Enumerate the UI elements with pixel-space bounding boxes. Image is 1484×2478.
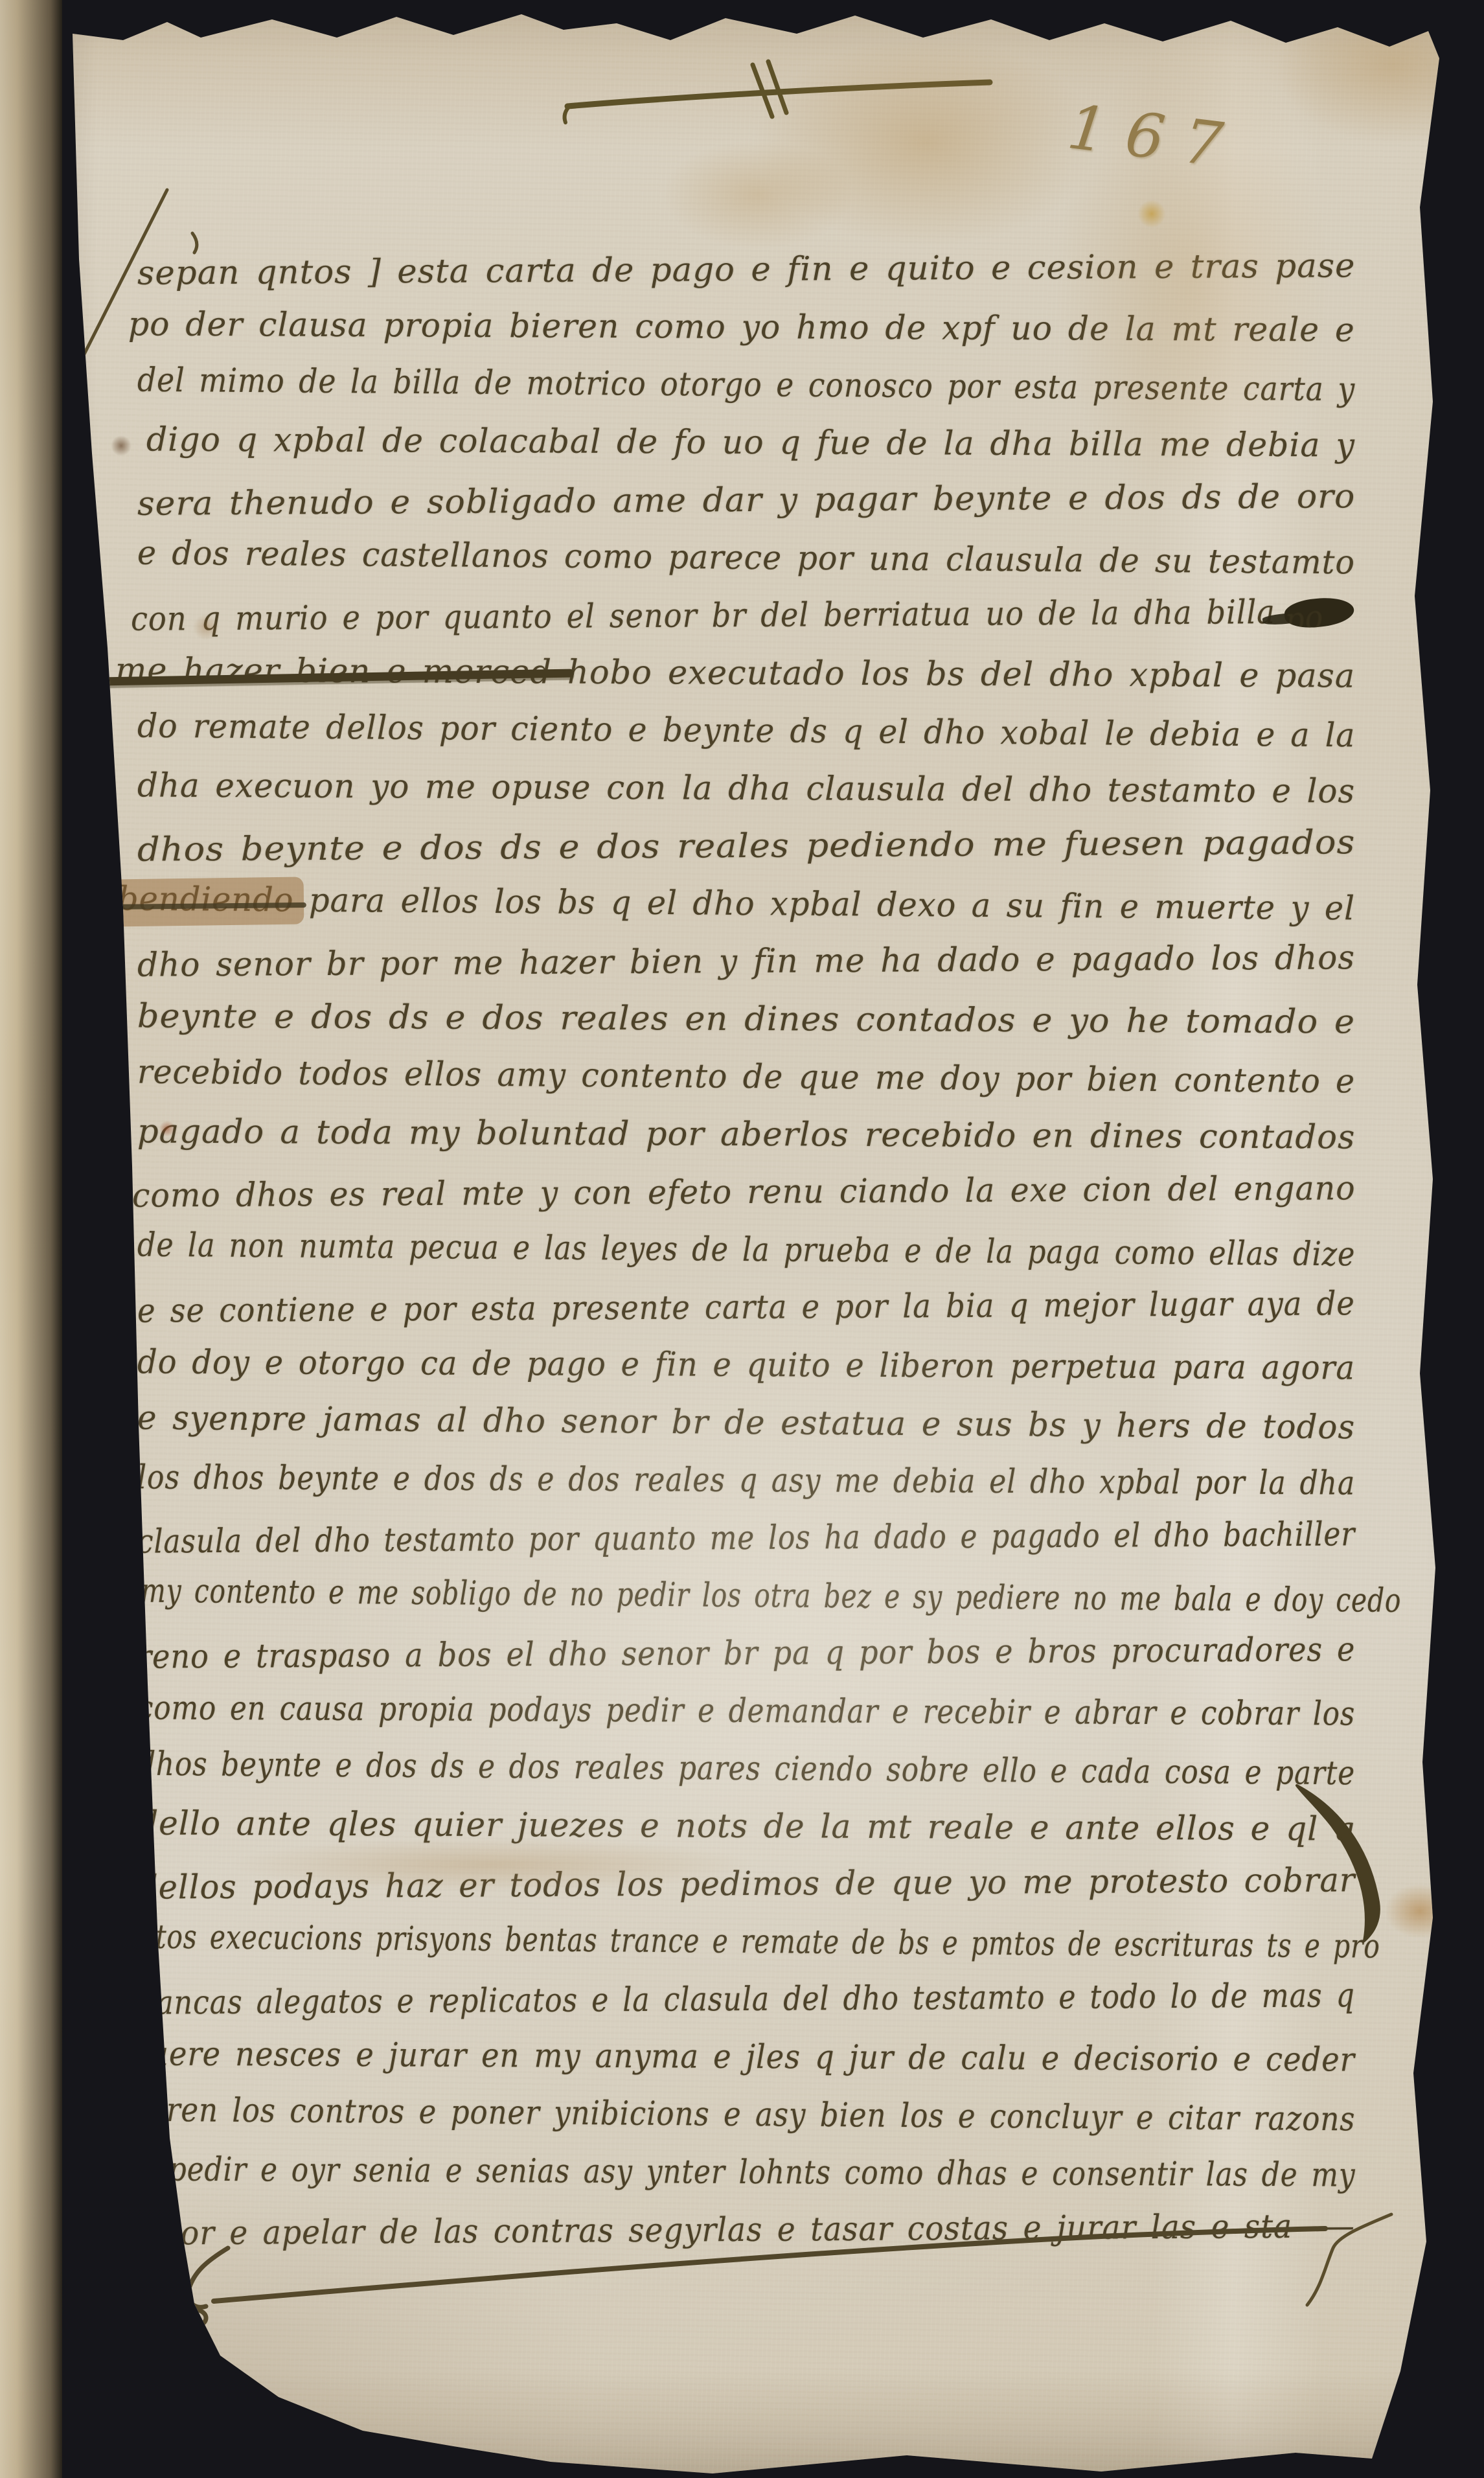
manuscript-line-text: dellos podays haz er todos los pedimos d…	[137, 1861, 1356, 1907]
manuscript-line-text: reno e traspaso a bos el dho senor br pa…	[137, 1631, 1356, 1676]
facing-page-text-fragment	[0, 2385, 62, 2389]
line-text: dha execuon yo me opuse con la dha claus…	[137, 766, 1355, 810]
manuscript-line: e pedir e oyr senia e senias asy ynter l…	[137, 2140, 1355, 2204]
line-text: fuere nesces e jurar en my anyma e jles …	[137, 2035, 1355, 2079]
line-text: dello ante qles quier juezes e nots de l…	[137, 1804, 1355, 1848]
manuscript-photo-stage: 167 sepan qntos ] esta carta de pago e f…	[0, 0, 1484, 2478]
line-text: para ellos los bs q el dho xpbal dexo a …	[293, 882, 1355, 928]
manuscript-line-text: beynte e dos ds e dos reales en dines co…	[137, 997, 1355, 1041]
line-text: de la non numta pecua e las leyes de la …	[137, 1226, 1356, 1274]
facing-page-text-fragment	[0, 989, 62, 994]
facing-page-edge	[0, 0, 62, 2478]
manuscript-line: beynte e dos ds e dos reales en dines co…	[137, 987, 1355, 1051]
manuscript-line: pagado a toda my boluntad por aberlos re…	[137, 1103, 1355, 1166]
line-text: po der clausa propia bieren como yo hmo …	[128, 305, 1355, 349]
manuscript-line: bancas alegatos e replicatos e la clasul…	[137, 1967, 1356, 2032]
line-text: amy contento e me sobligo de no pedir lo…	[124, 1572, 1402, 1620]
manuscript-line: de la non numta pecua e las leyes de la …	[137, 1217, 1356, 1284]
manuscript-line: reno e traspaso a bos el dho senor br pa…	[137, 1621, 1356, 1686]
manuscript-line-text: do remate dellos por ciento e beynte ds …	[137, 707, 1356, 755]
manuscript-line-text: con q murio e por quanto el senor br del…	[131, 593, 1354, 639]
line-text: sera thenudo e sobligado ame dar y pagar…	[137, 477, 1356, 523]
line-text: digo q xpbal de colacabal de fo uo q fue…	[146, 420, 1355, 465]
manuscript-line: del mimo de la billa de motrico otorgo e…	[137, 352, 1356, 419]
manuscript-line: do doy e otorgo ca de pago e fin e quito…	[137, 1333, 1355, 1397]
manuscript-line: como en causa propia podays pedir e dema…	[137, 1679, 1355, 1743]
manuscript-line: me hazer bien e merced hobo executado lo…	[137, 641, 1355, 705]
line-text: fabor e apelar de las contras segyrlas e…	[130, 2207, 1355, 2253]
manuscript-line-text: digo q xpbal de colacabal de fo uo q fue…	[146, 420, 1355, 465]
manuscript-line: amy contento e me sobligo de no pedir lo…	[137, 1563, 1356, 1630]
line-text: los dhos beynte e dos ds e dos reales q …	[137, 1458, 1355, 1502]
manuscript-line-text: sepan qntos ] esta carta de pago e fin e…	[137, 247, 1356, 292]
manuscript-line: dhos beynte e dos ds e dos reales pares …	[137, 1736, 1356, 1803]
manuscript-line: dha execuon yo me opuse con la dha claus…	[137, 757, 1355, 820]
manuscript-line: los dhos beynte e dos ds e dos reales q …	[137, 1449, 1355, 1512]
manuscript-line: clasula del dho testamto por quanto me l…	[137, 1506, 1356, 1570]
manuscript-line: recebido todos ellos amy contento de que…	[137, 1044, 1356, 1111]
manuscript-line-text: fabor e apelar de las contras segyrlas e…	[130, 2207, 1355, 2253]
manuscript-line: e dos reales castellanos como parece por…	[137, 525, 1356, 592]
manuscript-line-text: bendiendo para ellos los bs q el dho xpb…	[118, 880, 1355, 928]
manuscript-text-block: sepan qntos ] esta carta de pago e fin e…	[137, 241, 1355, 2259]
manuscript-line-text: autos execucions prisyons bentas trance …	[122, 1918, 1380, 1966]
manuscript-line: fuere nesces e jurar en my anyma e jles …	[137, 2025, 1355, 2089]
manuscript-line-text: fuere nesces e jurar en my anyma e jles …	[137, 2035, 1355, 2079]
ink-blot: po	[1284, 595, 1356, 630]
line-text: dellos podays haz er todos los pedimos d…	[137, 1861, 1356, 1907]
manuscript-line-text: clasula del dho testamto por quanto me l…	[137, 1515, 1355, 1561]
line-text: recebido todos ellos amy contento de que…	[137, 1053, 1356, 1101]
manuscript-line: digo q xpbal de colacabal de fo uo q fue…	[137, 411, 1355, 474]
line-text: como en causa propia podays pedir e dema…	[137, 1689, 1355, 1733]
folio-number: 167	[1064, 92, 1246, 183]
facing-page-text-fragment	[0, 392, 62, 396]
manuscript-line-text: del mimo de la billa de motrico otorgo e…	[137, 361, 1356, 409]
manuscript-line-text: amy contento e me sobligo de no pedir lo…	[124, 1572, 1402, 1620]
manuscript-page: 167 sepan qntos ] esta carta de pago e f…	[0, 0, 1484, 2478]
manuscript-line: autos execucions prisyons bentas trance …	[137, 1909, 1356, 1976]
facing-page-text-fragment	[0, 790, 62, 794]
line-text: e se contiene e por esta presente carta …	[137, 1285, 1355, 1330]
line-text: hobo executado los bs del dho xpbal e pa…	[552, 654, 1356, 696]
line-text: como dhos es real mte y con efeto renu c…	[132, 1169, 1356, 1215]
manuscript-line-text: dhos beynte e dos ds e dos reales pedien…	[137, 823, 1356, 869]
manuscript-line: do remate dellos por ciento e beynte ds …	[137, 698, 1356, 765]
facing-page-text-fragment	[0, 1388, 62, 1394]
manuscript-line: e se contiene e por esta presente carta …	[137, 1275, 1356, 1340]
manuscript-line: juren los contros e poner ynibicions e a…	[137, 2082, 1356, 2149]
facing-page-text-fragment	[0, 1787, 62, 1792]
manuscript-line-text: juren los contros e poner ynibicions e a…	[137, 2091, 1356, 2139]
manuscript-line: sera thenudo e sobligado ame dar y pagar…	[137, 468, 1356, 533]
manuscript-line-text: me hazer bien e merced hobo executado lo…	[115, 651, 1355, 695]
struck-through-text: me hazer bien e merced	[115, 651, 552, 691]
manuscript-line: dho senor br por me hazer bien y fin me …	[137, 929, 1356, 994]
facing-page-text-fragment	[0, 2185, 62, 2191]
manuscript-line-text: como en causa propia podays pedir e dema…	[137, 1689, 1355, 1733]
line-text: reno e traspaso a bos el dho senor br pa…	[137, 1631, 1356, 1676]
manuscript-line: bendiendo para ellos los bs q el dho xpb…	[137, 871, 1356, 938]
struck-through-text: bendiendo	[118, 880, 294, 919]
line-text: del mimo de la billa de motrico otorgo e…	[137, 361, 1356, 409]
manuscript-line-text: bancas alegatos e replicatos e la clasul…	[137, 1977, 1355, 2022]
manuscript-line-text: dho senor br por me hazer bien y fin me …	[137, 939, 1355, 984]
line-text: beynte e dos ds e dos reales en dines co…	[137, 997, 1355, 1041]
manuscript-line-text: dello ante qles quier juezes e nots de l…	[137, 1804, 1355, 1848]
manuscript-line: po der clausa propia bieren como yo hmo …	[137, 295, 1355, 359]
manuscript-line-text: e se contiene e por esta presente carta …	[137, 1285, 1355, 1330]
line-text: dho senor br por me hazer bien y fin me …	[137, 939, 1355, 984]
manuscript-line: dhos beynte e dos ds e dos reales pedien…	[137, 814, 1356, 878]
line-text: e dos reales castellanos como parece por…	[137, 534, 1355, 582]
line-text: e pedir e oyr senia e senias asy ynter l…	[137, 2150, 1356, 2194]
line-text: e syenpre jamas al dho senor br de estat…	[137, 1399, 1356, 1447]
facing-page-text-fragment	[0, 1189, 62, 1193]
line-text: bancas alegatos e replicatos e la clasul…	[137, 1977, 1355, 2022]
facing-page-text-fragment	[0, 590, 62, 595]
manuscript-line-text: pagado a toda my boluntad por aberlos re…	[137, 1112, 1356, 1156]
line-text: sepan qntos ] esta carta de pago e fin e…	[137, 247, 1356, 292]
line-text: do remate dellos por ciento e beynte ds …	[137, 707, 1356, 755]
line-text: pagado a toda my boluntad por aberlos re…	[137, 1112, 1356, 1156]
line-text: juren los contros e poner ynibicions e a…	[137, 2091, 1356, 2139]
manuscript-line-text: de la non numta pecua e las leyes de la …	[137, 1226, 1356, 1274]
manuscript-line: dello ante qles quier juezes e nots de l…	[137, 1795, 1355, 1858]
manuscript-line-text: dhos beynte e dos ds e dos reales pares …	[137, 1745, 1355, 1793]
manuscript-line-text: recebido todos ellos amy contento de que…	[137, 1053, 1356, 1101]
manuscript-line: como dhos es real mte y con efeto renu c…	[137, 1160, 1356, 1224]
facing-page-text-fragment	[0, 191, 62, 197]
manuscript-line-text: po der clausa propia bieren como yo hmo …	[128, 305, 1355, 349]
line-text: clasula del dho testamto por quanto me l…	[137, 1515, 1355, 1561]
manuscript-line-text: do doy e otorgo ca de pago e fin e quito…	[137, 1343, 1355, 1387]
manuscript-line-text: e syenpre jamas al dho senor br de estat…	[137, 1399, 1356, 1447]
manuscript-line: e syenpre jamas al dho senor br de estat…	[137, 1390, 1356, 1457]
line-text: dhos beynte e dos ds e dos reales pares …	[137, 1745, 1355, 1793]
facing-page-text-fragment	[0, 1588, 62, 1592]
manuscript-line: fabor e apelar de las contras segyrlas e…	[137, 2197, 1356, 2262]
manuscript-line-text: e pedir e oyr senia e senias asy ynter l…	[137, 2150, 1356, 2194]
header-rule-mark	[565, 62, 990, 122]
manuscript-line-text: e dos reales castellanos como parece por…	[137, 534, 1355, 582]
manuscript-line-text: los dhos beynte e dos ds e dos reales q …	[137, 1458, 1355, 1502]
line-text: con q murio e por quanto el senor br del…	[131, 593, 1275, 639]
manuscript-line-text: como dhos es real mte y con efeto renu c…	[132, 1169, 1356, 1215]
manuscript-line: sepan qntos ] esta carta de pago e fin e…	[137, 237, 1356, 302]
manuscript-line-text: sera thenudo e sobligado ame dar y pagar…	[137, 477, 1356, 523]
line-text: dhos beynte e dos ds e dos reales pedien…	[137, 823, 1356, 869]
facing-page-text-fragment	[0, 1987, 62, 1991]
manuscript-line-text: dha execuon yo me opuse con la dha claus…	[137, 766, 1355, 810]
line-text: autos execucions prisyons bentas trance …	[122, 1918, 1380, 1966]
line-text: do doy e otorgo ca de pago e fin e quito…	[137, 1343, 1355, 1387]
manuscript-line: con q murio e por quanto el senor br del…	[137, 583, 1356, 648]
manuscript-line: dellos podays haz er todos los pedimos d…	[137, 1852, 1356, 1916]
